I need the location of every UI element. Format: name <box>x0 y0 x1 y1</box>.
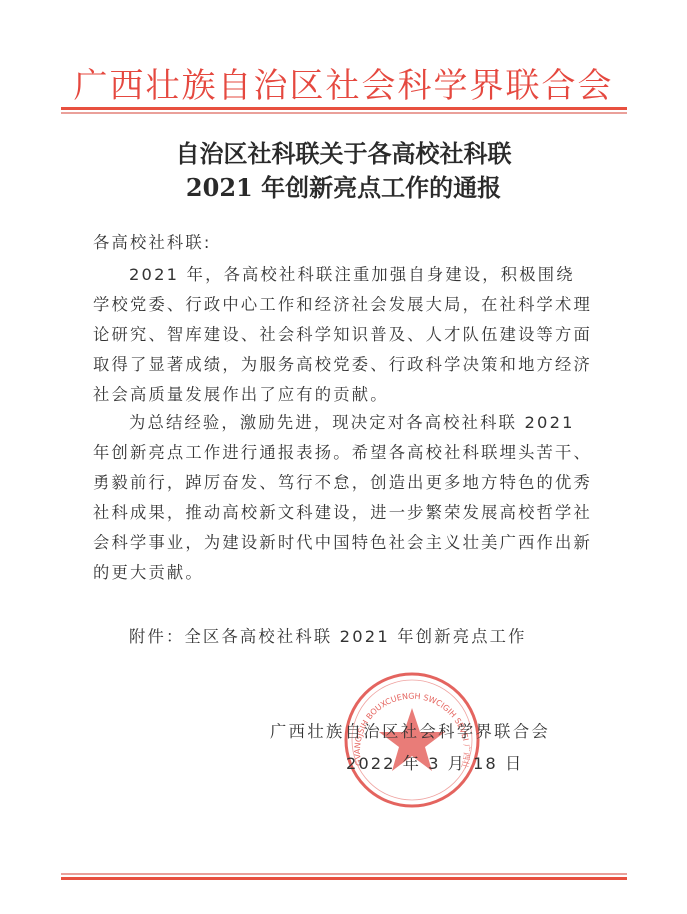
salutation: 各高校社科联: <box>93 228 593 258</box>
letterhead-title: 广西壮族自治区社会科学界联合会 <box>0 58 687 107</box>
letterhead-rule-thick <box>61 107 627 110</box>
footer-rule-thin <box>61 873 627 875</box>
document-title-line1: 自治区社科联关于各高校社科联 <box>0 134 687 169</box>
document-title-line2: 2021 年创新亮点工作的通报 <box>0 168 687 203</box>
attachment-note: 附件：全区各高校社科联 2021 年创新亮点工作 <box>129 622 609 652</box>
signature-date: 2022 年 3 月 18 日 <box>346 750 523 774</box>
signature-org: 广西壮族自治区社会科学界联合会 <box>270 718 550 742</box>
footer-rule-thick <box>61 877 627 880</box>
letterhead-rule-thin <box>61 112 627 114</box>
paragraph-1: 2021 年，各高校社科联注重加强自身建设，积极围绕学校党委、行政中心工作和经济… <box>93 260 593 410</box>
paragraph-2: 为总结经验，激励先进，现决定对各高校社科联 2021 年创新亮点工作进行通报表扬… <box>93 408 593 588</box>
